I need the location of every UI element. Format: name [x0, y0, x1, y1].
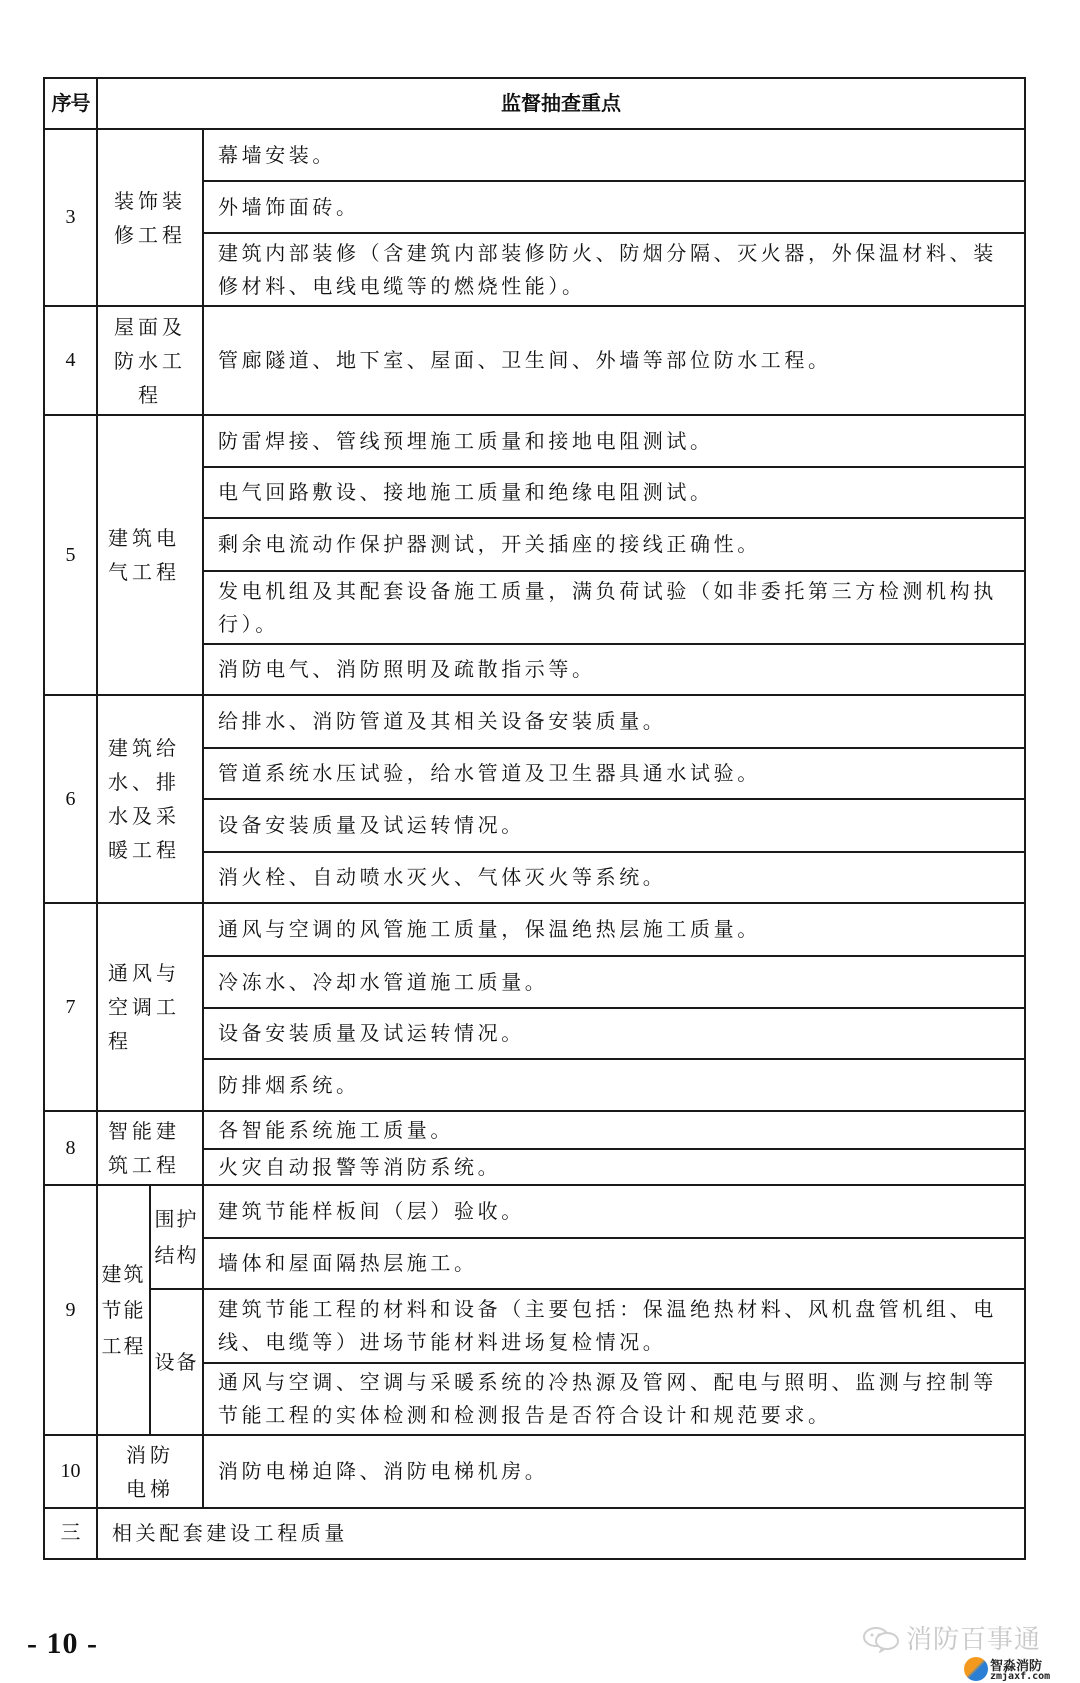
category-line: 修工程 — [104, 218, 196, 252]
inspection-item: 通风与空调的风管施工质量，保温绝热层施工质量。 — [203, 903, 1025, 956]
subgroup-label: 围护 结构 — [150, 1185, 203, 1289]
row-category: 装饰装 修工程 — [97, 129, 203, 306]
category-line: 电梯 — [104, 1472, 196, 1506]
table-row: 6 建筑给 水、排 水及采 暖工程 给排水、消防管道及其相关设备安装质量。 — [44, 695, 1025, 748]
inspection-item: 防排烟系统。 — [203, 1059, 1025, 1111]
table-row: 7 通风与 空调工 程 通风与空调的风管施工质量，保温绝热层施工质量。 — [44, 903, 1025, 956]
table-row: 8 智能建 筑工程 各智能系统施工质量。 — [44, 1111, 1025, 1149]
category-line: 建筑 — [100, 1256, 147, 1292]
subgroup-line: 设备 — [153, 1344, 200, 1380]
inspection-item: 墙体和屋面隔热层施工。 — [203, 1238, 1025, 1289]
category-line: 节能 — [100, 1292, 147, 1328]
category-line: 气工程 — [108, 555, 196, 589]
row-number: 8 — [44, 1111, 97, 1185]
subgroup-line: 围护 — [153, 1201, 200, 1237]
section-number: 三 — [44, 1508, 97, 1559]
inspection-item: 管廊隧道、地下室、屋面、卫生间、外墙等部位防水工程。 — [203, 306, 1025, 415]
category-line: 建筑给 — [108, 731, 196, 765]
category-line: 工程 — [100, 1328, 147, 1364]
inspection-item: 外墙饰面砖。 — [203, 181, 1025, 233]
inspection-item: 通风与空调、空调与采暖系统的冷热源及管网、配电与照明、监测与控制等节能工程的实体… — [203, 1363, 1025, 1435]
header-inspection-focus: 监督抽查重点 — [97, 78, 1025, 129]
inspection-item: 各智能系统施工质量。 — [203, 1111, 1025, 1149]
header-serial-number: 序号 — [44, 78, 97, 129]
category-line: 暖工程 — [108, 833, 196, 867]
inspection-item: 给排水、消防管道及其相关设备安装质量。 — [203, 695, 1025, 748]
row-category: 建筑电 气工程 — [97, 415, 203, 695]
inspection-item: 建筑节能样板间（层）验收。 — [203, 1185, 1025, 1238]
wechat-icon — [862, 1625, 902, 1653]
row-number: 5 — [44, 415, 97, 695]
watermark-url: zmjaxf.com — [990, 1671, 1050, 1682]
category-line: 空调工 — [108, 990, 196, 1024]
category-line: 消防 — [104, 1438, 196, 1472]
subgroup-line: 结构 — [153, 1237, 200, 1273]
category-line: 筑工程 — [108, 1148, 196, 1182]
inspection-item: 设备安装质量及试运转情况。 — [203, 1008, 1025, 1059]
category-line: 建筑电 — [108, 521, 196, 555]
row-number: 6 — [44, 695, 97, 903]
row-number: 9 — [44, 1185, 97, 1435]
watermark: 消防百事通 智淼消防 zmjaxf.com — [860, 1615, 1060, 1683]
inspection-item: 消防电梯迫降、消防电梯机房。 — [203, 1435, 1025, 1508]
section-title: 相关配套建设工程质量 — [97, 1508, 1025, 1559]
inspection-item: 防雷焊接、管线预埋施工质量和接地电阻测试。 — [203, 415, 1025, 467]
table-row: 10 消防 电梯 消防电梯迫降、消防电梯机房。 — [44, 1435, 1025, 1508]
inspection-item: 消火栓、自动喷水灭火、气体灭火等系统。 — [203, 852, 1025, 903]
row-category: 智能建 筑工程 — [97, 1111, 203, 1185]
inspection-item: 幕墙安装。 — [203, 129, 1025, 181]
row-number: 4 — [44, 306, 97, 415]
row-number: 7 — [44, 903, 97, 1111]
table-row: 9 建筑 节能 工程 围护 结构 建筑节能样板间（层）验收。 — [44, 1185, 1025, 1238]
table-header-row: 序号 监督抽查重点 — [44, 78, 1025, 129]
section-row: 三 相关配套建设工程质量 — [44, 1508, 1025, 1559]
inspection-item: 设备安装质量及试运转情况。 — [203, 799, 1025, 852]
row-category: 建筑给 水、排 水及采 暖工程 — [97, 695, 203, 903]
inspection-item: 建筑节能工程的材料和设备（主要包括：保温绝热材料、风机盘管机组、电线、电缆等）进… — [203, 1289, 1025, 1363]
category-line: 智能建 — [108, 1114, 196, 1148]
table-row: 4 屋面及 防水工 程 管廊隧道、地下室、屋面、卫生间、外墙等部位防水工程。 — [44, 306, 1025, 415]
category-line: 水及采 — [108, 799, 196, 833]
row-category: 通风与 空调工 程 — [97, 903, 203, 1111]
supervision-checklist-table: 序号 监督抽查重点 3 装饰装 修工程 幕墙安装。 外墙饰面砖。 建筑内部装修（… — [43, 77, 1026, 1560]
subgroup-label: 设备 — [150, 1289, 203, 1435]
inspection-item: 建筑内部装修（含建筑内部装修防火、防烟分隔、灭火器，外保温材料、装修材料、电线电… — [203, 233, 1025, 306]
page-number: - 10 - — [27, 1627, 98, 1661]
category-line: 屋面及 — [104, 310, 196, 344]
table-row: 设备 建筑节能工程的材料和设备（主要包括：保温绝热材料、风机盘管机组、电线、电缆… — [44, 1289, 1025, 1363]
row-category: 建筑 节能 工程 — [97, 1185, 150, 1435]
inspection-item: 冷冻水、冷却水管道施工质量。 — [203, 956, 1025, 1008]
category-line: 通风与 — [108, 956, 196, 990]
inspection-item: 发电机组及其配套设备施工质量，满负荷试验（如非委托第三方检测机构执行）。 — [203, 571, 1025, 644]
inspection-item: 火灾自动报警等消防系统。 — [203, 1149, 1025, 1185]
row-category: 屋面及 防水工 程 — [97, 306, 203, 415]
table-row: 3 装饰装 修工程 幕墙安装。 — [44, 129, 1025, 181]
category-line: 程 — [104, 378, 196, 412]
watermark-account: 消防百事通 — [906, 1619, 1041, 1656]
row-category: 消防 电梯 — [97, 1435, 203, 1508]
category-line: 防水工 — [104, 344, 196, 378]
inspection-item: 剩余电流动作保护器测试，开关插座的接线正确性。 — [203, 518, 1025, 571]
brand-logo-icon — [964, 1657, 988, 1681]
table-row: 5 建筑电 气工程 防雷焊接、管线预埋施工质量和接地电阻测试。 — [44, 415, 1025, 467]
inspection-item: 电气回路敷设、接地施工质量和绝缘电阻测试。 — [203, 467, 1025, 518]
inspection-item: 管道系统水压试验，给水管道及卫生器具通水试验。 — [203, 748, 1025, 799]
category-line: 水、排 — [108, 765, 196, 799]
category-line: 程 — [108, 1024, 196, 1058]
inspection-item: 消防电气、消防照明及疏散指示等。 — [203, 644, 1025, 695]
row-number: 3 — [44, 129, 97, 306]
row-number: 10 — [44, 1435, 97, 1508]
category-line: 装饰装 — [104, 184, 196, 218]
